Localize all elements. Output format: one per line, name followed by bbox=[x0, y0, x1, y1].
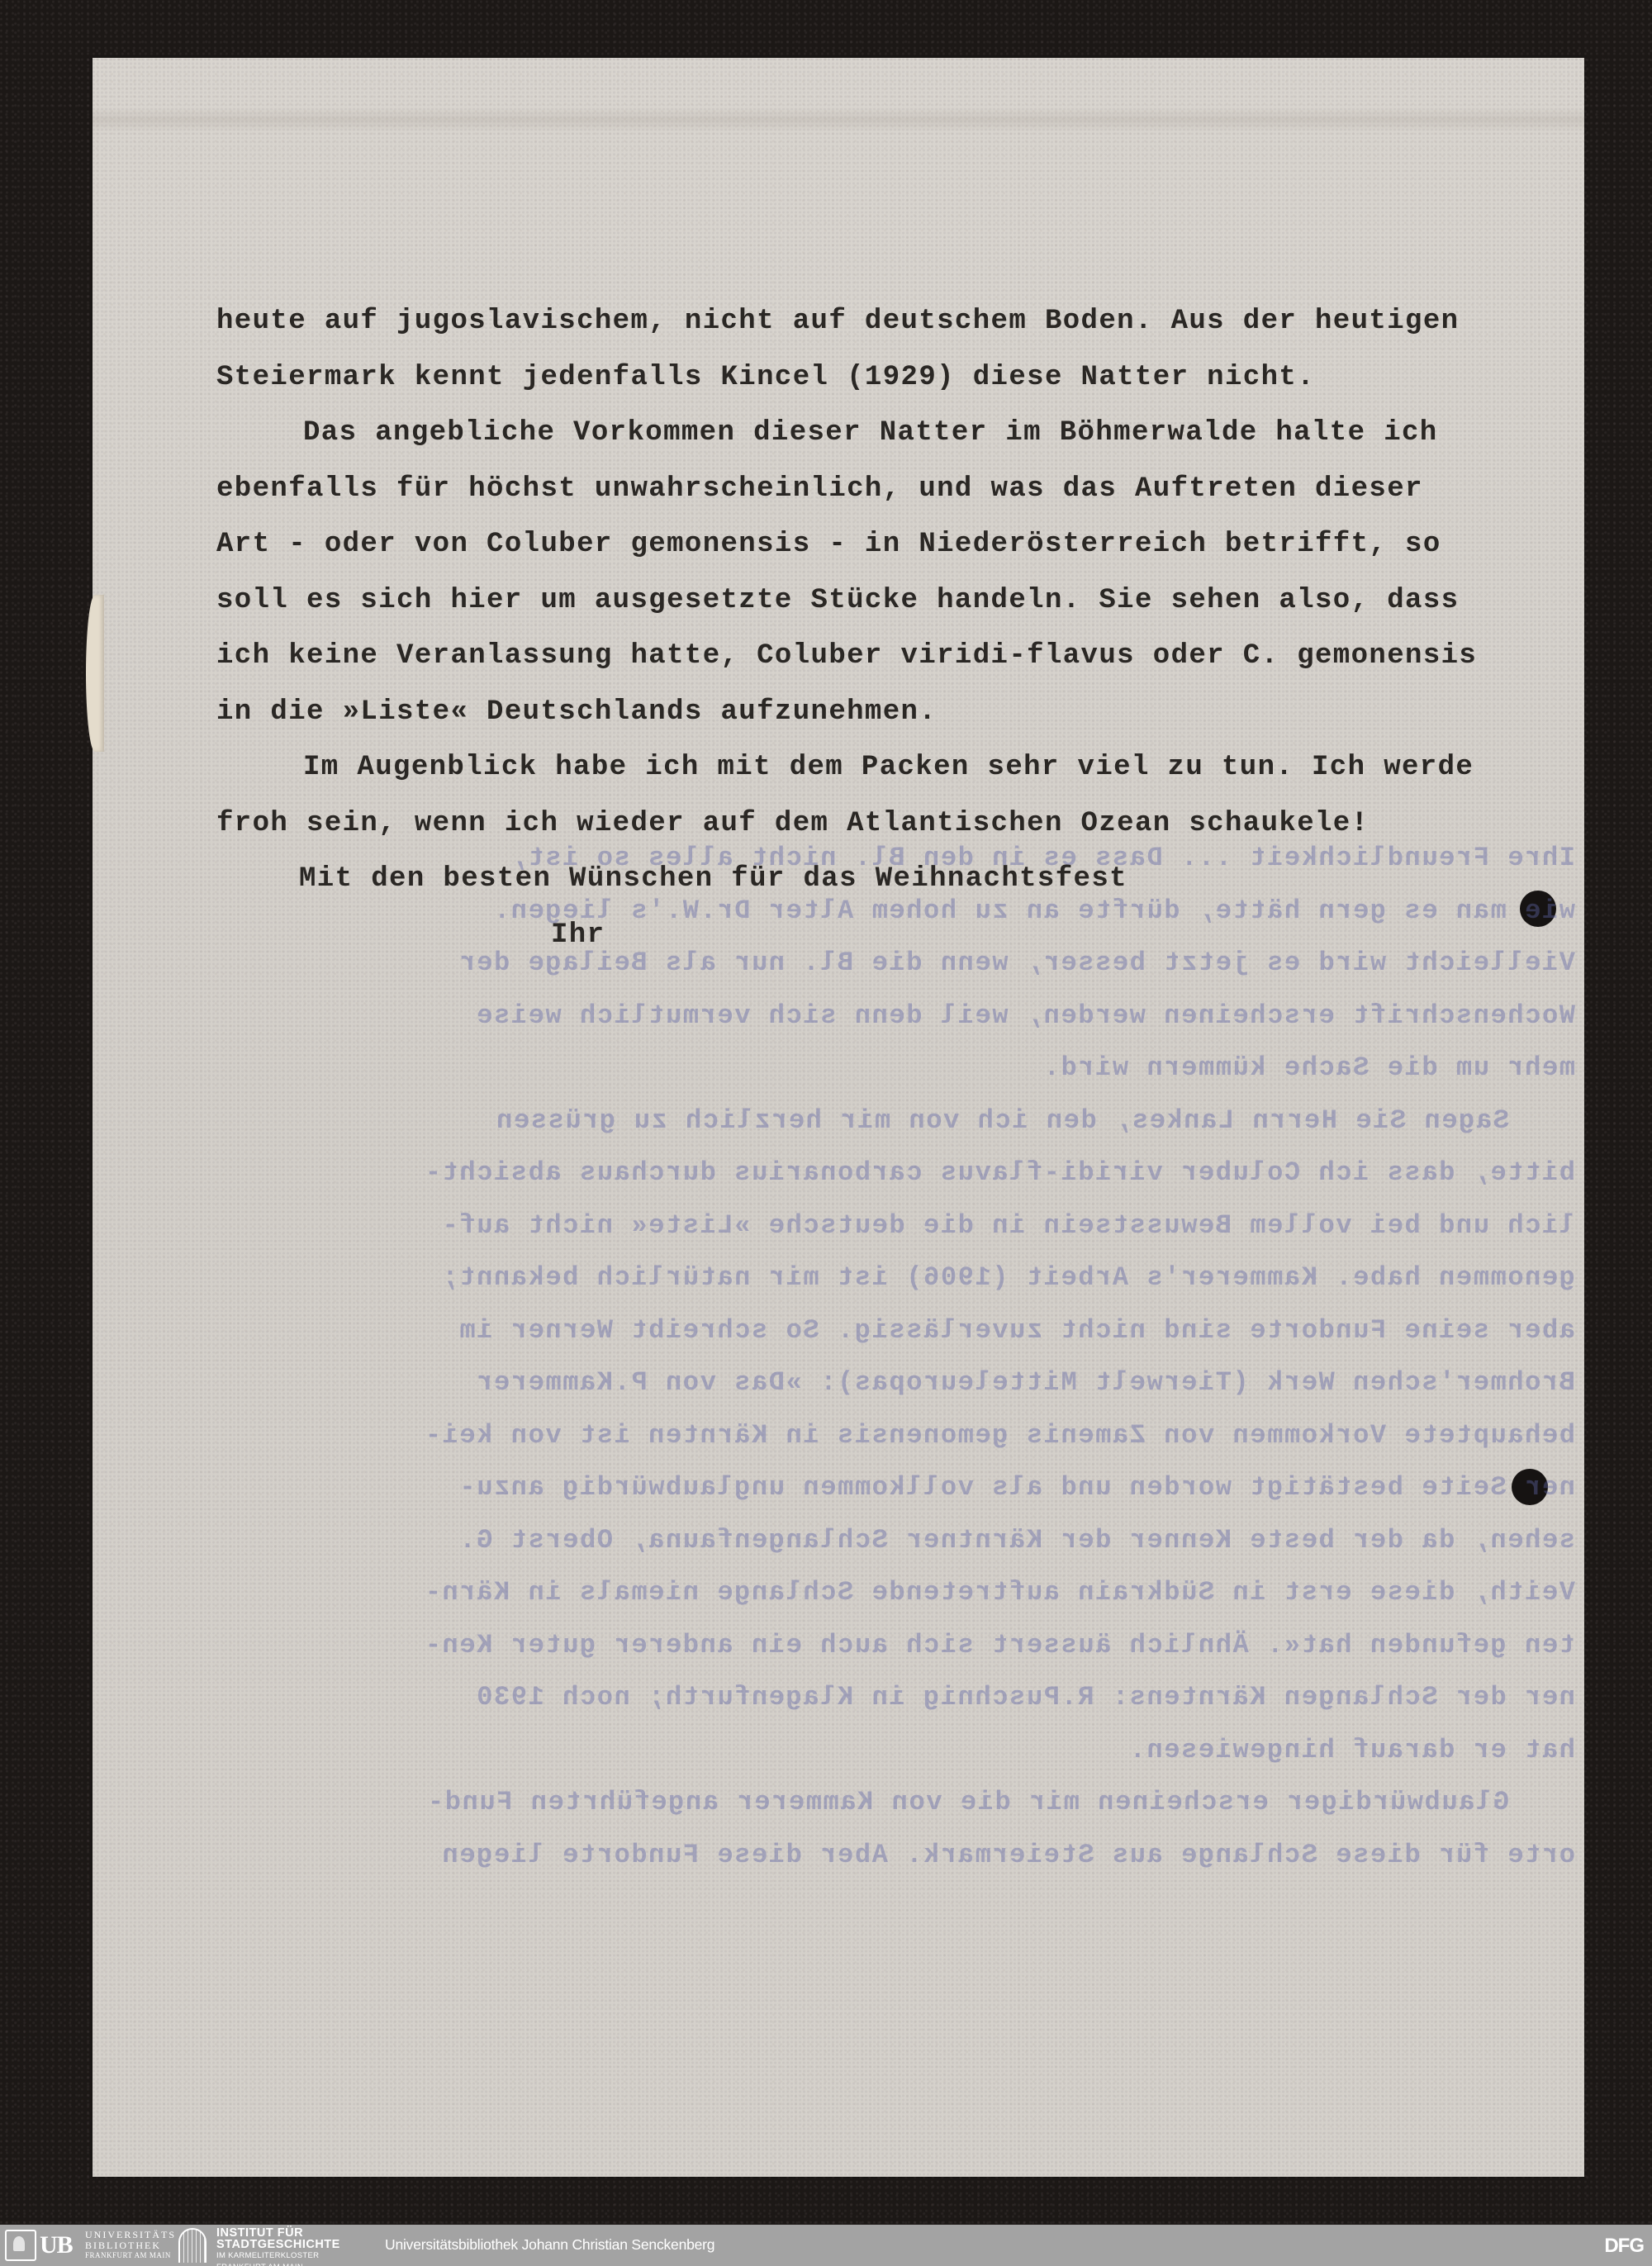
paragraph-start: Das angebliche Vorkommen dieser Natter i… bbox=[216, 417, 1579, 473]
isg-wordmark: INSTITUT FÜR STADTGESCHICHTE IM KARMELIT… bbox=[216, 2228, 340, 2266]
isg-line4: FRANKFURT AM MAIN bbox=[216, 2262, 340, 2266]
bleed-line: ner Seite bestätigt worden und als vollk… bbox=[154, 1472, 1575, 1525]
text-line: Art - oder von Coluber gemonensis - in N… bbox=[216, 529, 1579, 585]
text-line: ebenfalls für höchst unwahrscheinlich, u… bbox=[216, 473, 1579, 530]
torn-edge bbox=[86, 595, 104, 752]
text-line: ich keine Veranlassung hatte, Coluber vi… bbox=[216, 640, 1579, 696]
bleed-line: sehen, da der beste Kenner der Kärntner … bbox=[154, 1525, 1575, 1578]
letter-body: heute auf jugoslavischem, nicht auf deut… bbox=[216, 306, 1579, 975]
dfg-logo: DFG bbox=[1604, 2235, 1644, 2258]
bleed-line: lich und bei vollem Bewusstsein in die d… bbox=[154, 1210, 1575, 1263]
isg-line3: IM KARMELITERKLOSTER bbox=[216, 2250, 340, 2262]
bleed-line: genommen habe. Kammerer's Arbeit (1906) … bbox=[154, 1262, 1575, 1315]
closing-line: Mit den besten Wünschen für das Weihnach… bbox=[216, 863, 1579, 919]
signature-line: Ihr bbox=[216, 919, 1579, 976]
text-line: heute auf jugoslavischem, nicht auf deut… bbox=[216, 306, 1579, 362]
bleed-line: orte für diese Schlange aus Steiermark. … bbox=[154, 1840, 1575, 1893]
bleed-line: bitte, dass ich Coluber viridi-flavus ca… bbox=[154, 1157, 1575, 1210]
letter-page: Ihre Freundlichkeit ... Dass es in den B… bbox=[93, 58, 1584, 2177]
paragraph-start: Im Augenblick habe ich mit dem Packen se… bbox=[216, 752, 1579, 808]
bleed-line: ten gefunden hat«. Ähnlich äussert sich … bbox=[154, 1630, 1575, 1683]
bleed-line: Sagen Sie Herrn Lankes, den ich von mir … bbox=[154, 1105, 1575, 1158]
bleed-line: Veith, diese erst in Südkrain auftretend… bbox=[154, 1577, 1575, 1630]
bleed-line: hat er darauf hingewiesen. bbox=[154, 1735, 1575, 1788]
ub-line2: BIBLIOTHEK bbox=[85, 2240, 176, 2251]
bleed-line: ner der Schlangen Kärntens: R.Puschnig i… bbox=[154, 1682, 1575, 1735]
ub-line1: UNIVERSITÄTS bbox=[85, 2230, 176, 2240]
bleed-line: behauptete Vorkommen von Zamenis gemonen… bbox=[154, 1420, 1575, 1473]
ub-line3: FRANKFURT AM MAIN bbox=[85, 2250, 176, 2261]
footer-bar: UB UNIVERSITÄTS BIBLIOTHEK FRANKFURT AM … bbox=[0, 2225, 1652, 2266]
bleed-line: Wochenschrift erscheinen werden, weil de… bbox=[154, 1000, 1575, 1053]
text-line: in die »Liste« Deutschlands aufzunehmen. bbox=[216, 696, 1579, 753]
ub-logo: UB bbox=[5, 2230, 73, 2261]
ub-wordmark: UNIVERSITÄTS BIBLIOTHEK FRANKFURT AM MAI… bbox=[85, 2230, 176, 2261]
bleed-line: Glaubwürdiger erscheinen mir die von Kam… bbox=[154, 1787, 1575, 1840]
bleed-line: aber seine Fundorte sind nicht zuverläss… bbox=[154, 1315, 1575, 1368]
bleed-line: Brohmer'schen Werk (Tierwelt Mitteleurop… bbox=[154, 1367, 1575, 1420]
ub-portrait-icon bbox=[5, 2230, 36, 2261]
text-line: soll es sich hier um ausgesetzte Stücke … bbox=[216, 585, 1579, 641]
isg-line2: STADTGESCHICHTE bbox=[216, 2240, 340, 2251]
paper-fold bbox=[93, 107, 1584, 132]
ub-letters: UB bbox=[40, 2231, 73, 2259]
bleed-line: mehr um die Sache kümmern wird. bbox=[154, 1052, 1575, 1105]
bleed-through-text: Ihre Freundlichkeit ... Dass es in den B… bbox=[154, 843, 1575, 1892]
library-name: Universitätsbibliothek Johann Christian … bbox=[385, 2236, 714, 2254]
isg-arch-icon bbox=[178, 2228, 206, 2263]
text-line: Steiermark kennt jedenfalls Kincel (1929… bbox=[216, 362, 1579, 418]
text-line: froh sein, wenn ich wieder auf dem Atlan… bbox=[216, 808, 1579, 864]
